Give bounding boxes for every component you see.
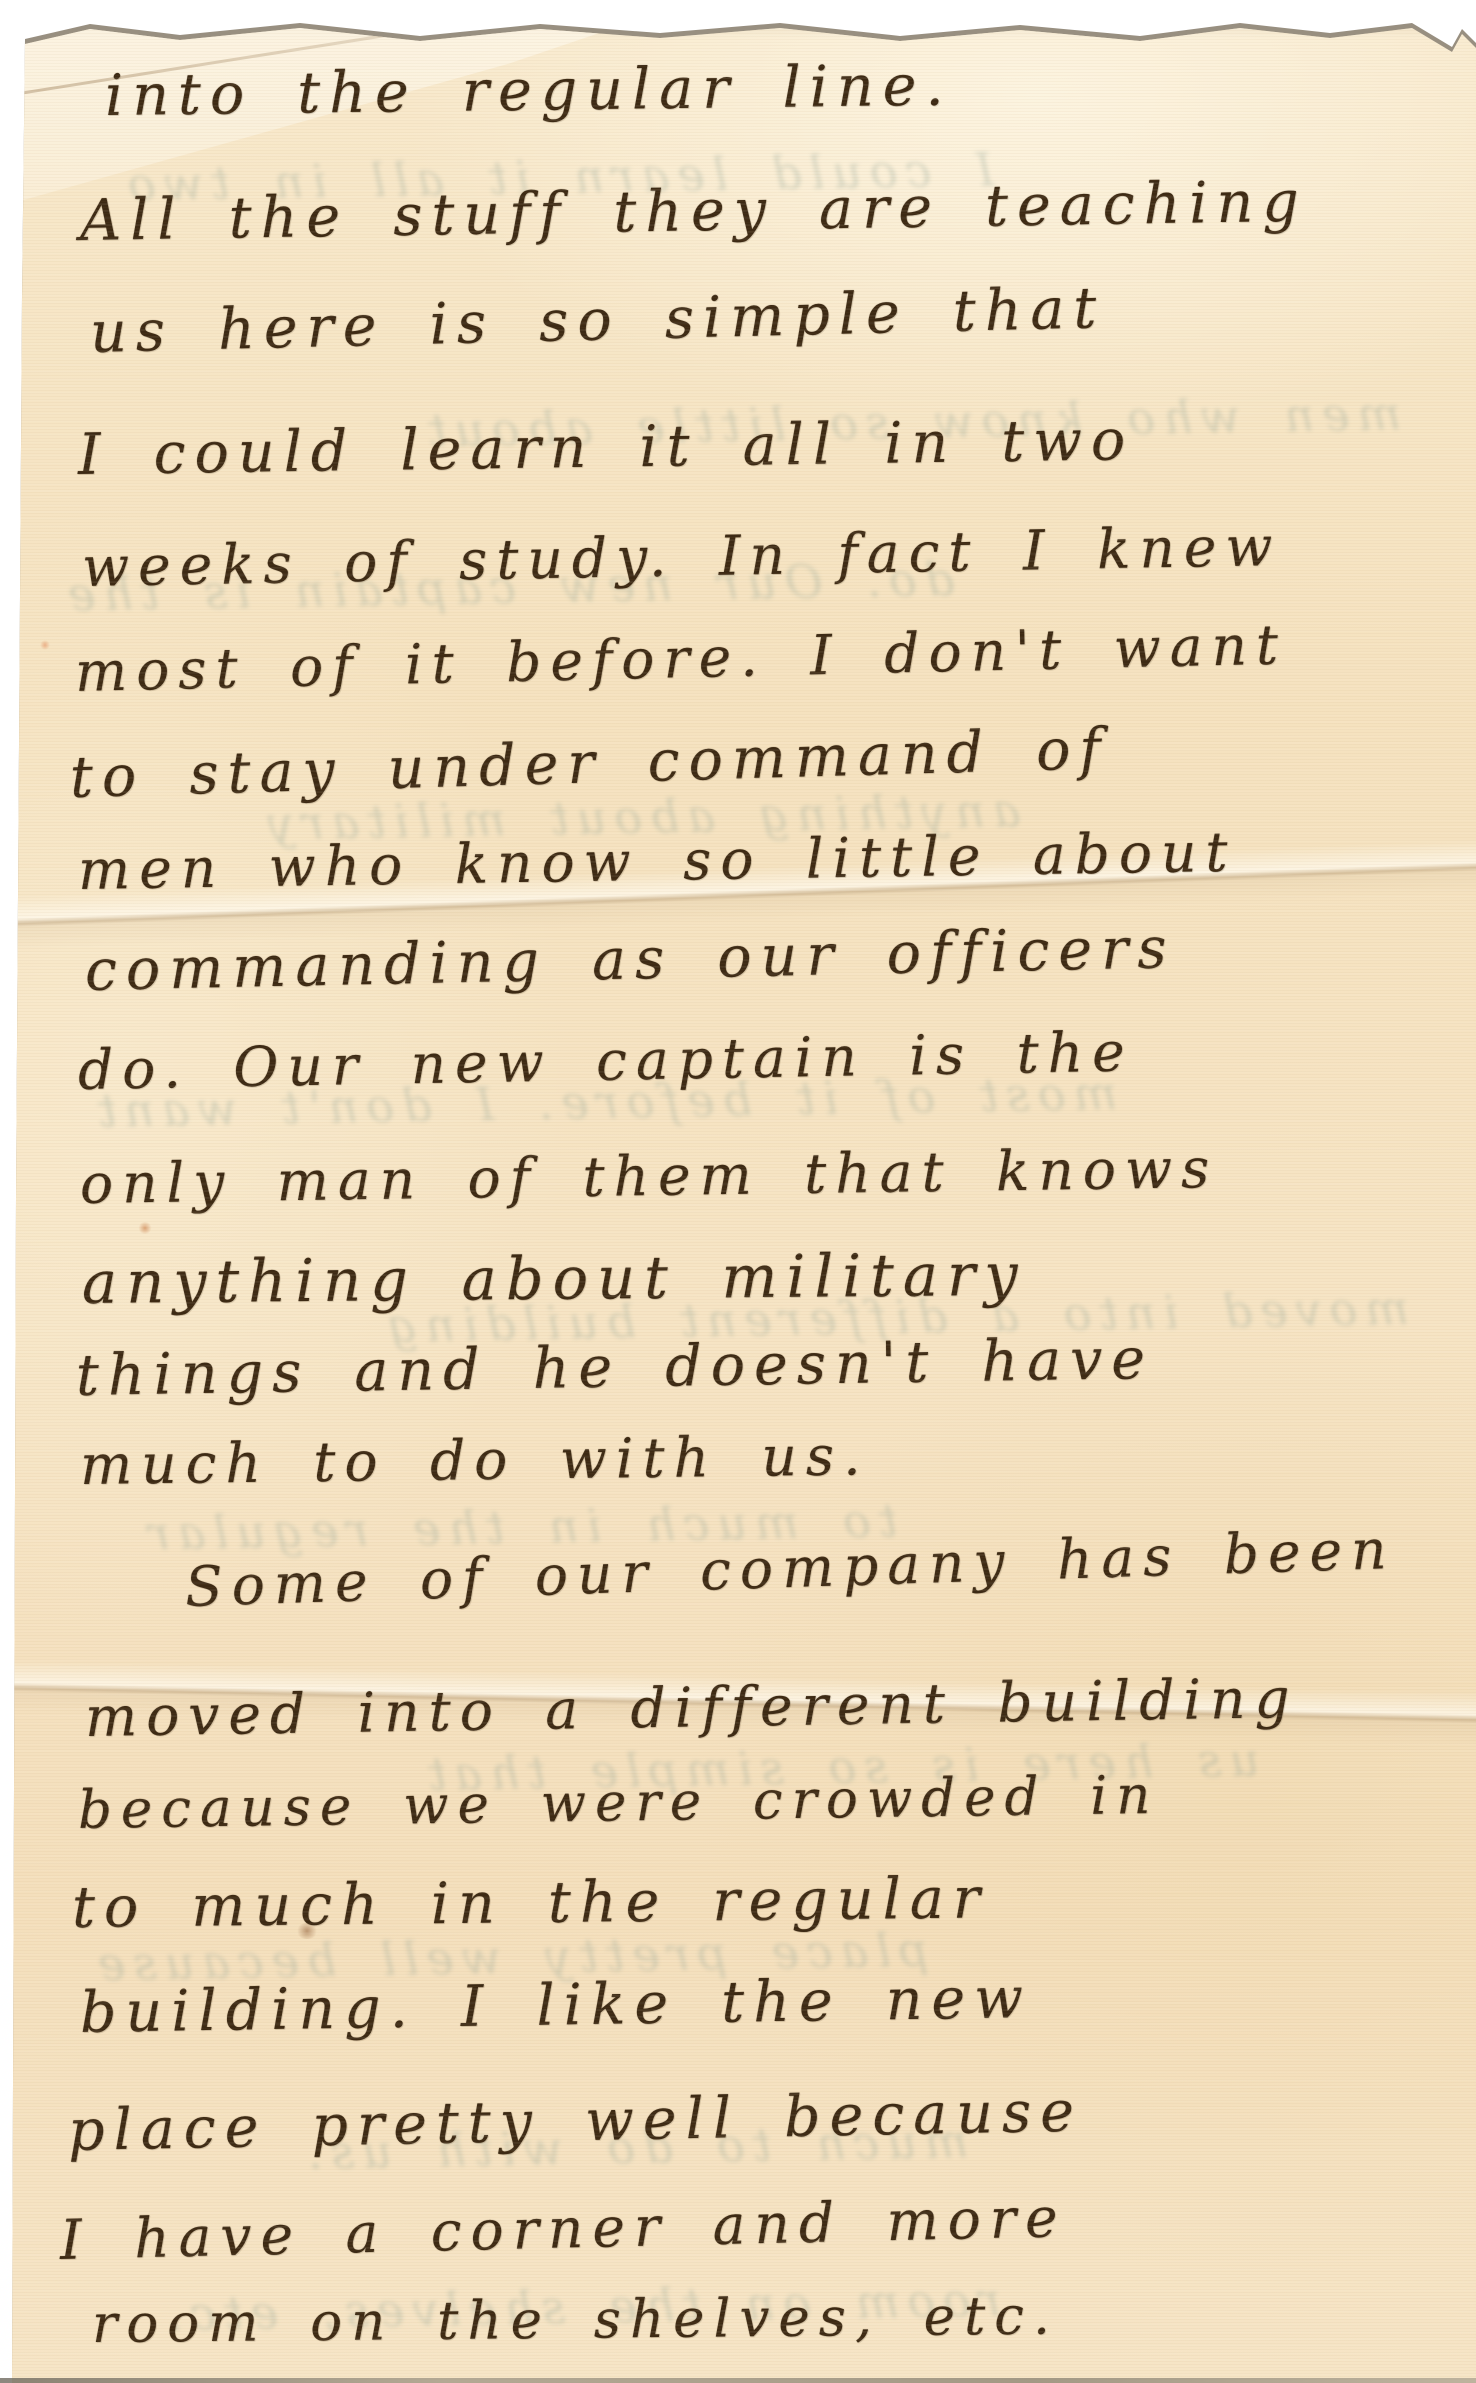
letter-line-17: because we were crowded in bbox=[78, 1765, 1160, 1841]
letter-line-20: place pretty well because bbox=[67, 2079, 1083, 2164]
scan-edge-shadow bbox=[0, 2378, 1476, 2383]
handwriting-layer: into the regular line.All the stuff they… bbox=[0, 0, 1476, 2383]
letter-line-9: commanding as our officers bbox=[84, 915, 1176, 1004]
letter-line-2: All the stuff they are teaching bbox=[79, 169, 1308, 254]
letter-line-18: to much in the regular bbox=[72, 1865, 990, 1941]
letter-line-13: things and he doesn't have bbox=[75, 1326, 1154, 1409]
letter-line-22: room on the shelves, etc. bbox=[92, 2286, 1059, 2355]
letter-line-1: into the regular line. bbox=[105, 53, 953, 129]
letter-line-12: anything about military bbox=[82, 1240, 1027, 1317]
scanned-letter-image: I could learn it all in twomen who know … bbox=[0, 0, 1476, 2383]
letter-line-16: moved into a different building bbox=[84, 1666, 1299, 1749]
letter-line-10: do. Our new captain is the bbox=[77, 1020, 1134, 1102]
letter-line-14: much to do with us. bbox=[80, 1423, 870, 1497]
letter-line-6: most of it before. I don't want bbox=[74, 613, 1287, 704]
letter-line-3: us here is so simple that bbox=[89, 275, 1106, 366]
letter-line-7: to stay under command of bbox=[69, 716, 1110, 811]
letter-line-4: I could learn it all in two bbox=[78, 407, 1135, 488]
letter-page: I could learn it all in twomen who know … bbox=[0, 0, 1476, 2383]
letter-line-19: building. I like the new bbox=[79, 1965, 1032, 2046]
letter-line-21: I have a corner and more bbox=[59, 2185, 1067, 2272]
letter-line-11: only man of them that knows bbox=[80, 1136, 1219, 1216]
letter-line-15: Some of our company has been bbox=[184, 1517, 1396, 1619]
letter-line-5: weeks of study. In fact I knew bbox=[81, 514, 1282, 599]
letter-line-8: men who know so little about bbox=[77, 820, 1236, 902]
